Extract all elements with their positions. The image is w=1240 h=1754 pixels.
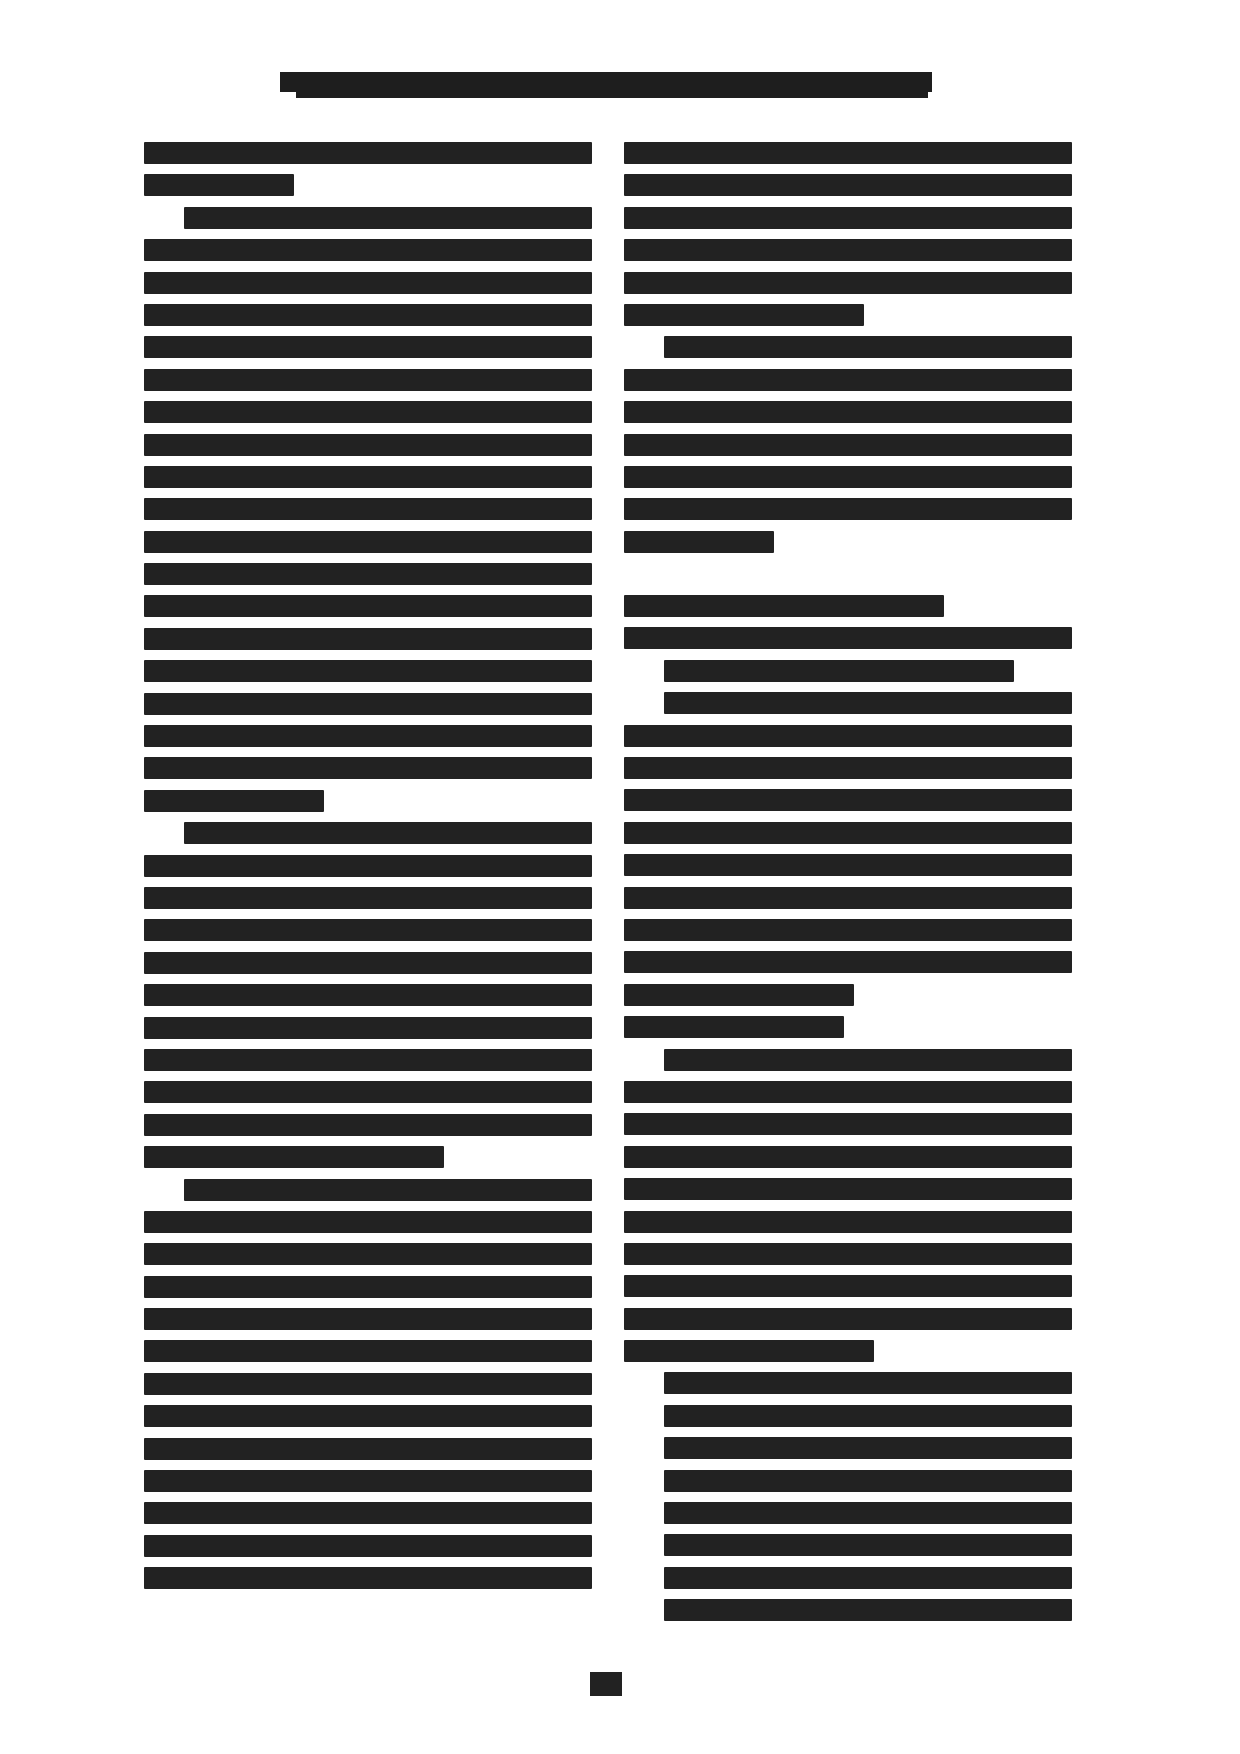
- text-line: [144, 1243, 592, 1265]
- text-line: [144, 1308, 592, 1330]
- text-line: [144, 336, 592, 358]
- text-line: [144, 1146, 444, 1168]
- text-line: [144, 1017, 592, 1039]
- text-line: [144, 952, 592, 974]
- text-line: [624, 789, 1072, 811]
- text-line: [664, 1372, 1072, 1394]
- text-line: [144, 887, 592, 909]
- text-line: [144, 1405, 592, 1427]
- list-item: [624, 1372, 1072, 1621]
- text-line: [144, 1081, 592, 1103]
- text-line: [624, 174, 1072, 196]
- text-line: [144, 1502, 592, 1524]
- text-line: [664, 1049, 1072, 1071]
- text-line: [664, 1437, 1072, 1459]
- text-line: [664, 1405, 1072, 1427]
- text-line: [664, 1534, 1072, 1556]
- text-line: [144, 304, 592, 326]
- text-line: [624, 498, 1072, 520]
- text-line: [624, 854, 1072, 876]
- text-line: [144, 498, 592, 520]
- text-line: [624, 919, 1072, 941]
- text-line: [624, 595, 944, 617]
- text-line: [184, 207, 592, 229]
- text-line: [624, 531, 774, 553]
- text-line: [144, 563, 592, 585]
- text-line: [144, 466, 592, 488]
- text-line: [144, 790, 324, 812]
- text-line: [144, 628, 592, 650]
- text-line: [144, 919, 592, 941]
- paragraph: [624, 1049, 1072, 1363]
- text-line: [624, 1243, 1072, 1265]
- text-line: [624, 725, 1072, 747]
- text-line: [144, 401, 592, 423]
- running-header-rule: [296, 92, 928, 98]
- subsection-heading: [624, 1016, 1072, 1038]
- text-line: [624, 1178, 1072, 1200]
- text-line: [144, 174, 294, 196]
- paragraph: [624, 692, 1072, 1006]
- text-line: [624, 434, 1072, 456]
- text-line: [624, 1211, 1072, 1233]
- text-line: [624, 887, 1072, 909]
- text-line: [624, 1308, 1072, 1330]
- text-line: [144, 1535, 592, 1557]
- text-line: [624, 466, 1072, 488]
- text-line: [624, 1113, 1072, 1135]
- text-line: [184, 1179, 592, 1201]
- text-line: [144, 1438, 592, 1460]
- section-heading: [624, 595, 1072, 682]
- text-line: [624, 822, 1072, 844]
- left-column: [144, 142, 592, 1600]
- text-line: [144, 1373, 592, 1395]
- text-line: [144, 595, 592, 617]
- text-line: [664, 1567, 1072, 1589]
- text-line: [664, 1470, 1072, 1492]
- text-line: [664, 660, 1014, 682]
- text-line: [624, 1275, 1072, 1297]
- text-line: [144, 1340, 592, 1362]
- text-line: [624, 239, 1072, 261]
- text-line: [624, 627, 1072, 649]
- text-line: [144, 142, 592, 164]
- page-number: ██: [590, 1672, 622, 1696]
- paragraph: [624, 142, 1072, 326]
- section-gap: [624, 563, 1072, 595]
- text-line: [624, 757, 1072, 779]
- text-line: [144, 531, 592, 553]
- text-line: [144, 239, 592, 261]
- running-header-text: ████████████████████████████████████████: [280, 72, 932, 92]
- right-column: [624, 142, 1072, 1632]
- text-line: [144, 1211, 592, 1233]
- text-line: [624, 401, 1072, 423]
- text-line: [624, 304, 864, 326]
- text-line: [624, 951, 1072, 973]
- text-line: [144, 693, 592, 715]
- text-line: [664, 692, 1072, 714]
- text-line: [624, 1016, 844, 1038]
- text-line: [664, 336, 1072, 358]
- text-line: [664, 1502, 1072, 1524]
- text-line: [624, 1340, 874, 1362]
- text-line: [144, 1276, 592, 1298]
- text-line: [144, 725, 592, 747]
- text-line: [624, 1081, 1072, 1103]
- text-line: [144, 1114, 592, 1136]
- text-line: [624, 207, 1072, 229]
- text-line: [144, 1049, 592, 1071]
- text-line: [624, 1146, 1072, 1168]
- text-line: [144, 855, 592, 877]
- text-line: [144, 660, 592, 682]
- text-line: [624, 272, 1072, 294]
- text-line: [144, 984, 592, 1006]
- text-line: [624, 984, 854, 1006]
- text-line: [144, 1470, 592, 1492]
- text-line: [144, 757, 592, 779]
- text-line: [664, 1599, 1072, 1621]
- text-line: [144, 434, 592, 456]
- text-line: [184, 822, 592, 844]
- text-line: [144, 1567, 592, 1589]
- text-line: [624, 142, 1072, 164]
- text-line: [144, 369, 592, 391]
- text-line: [144, 272, 592, 294]
- text-line: [624, 369, 1072, 391]
- paragraph: [624, 336, 1072, 552]
